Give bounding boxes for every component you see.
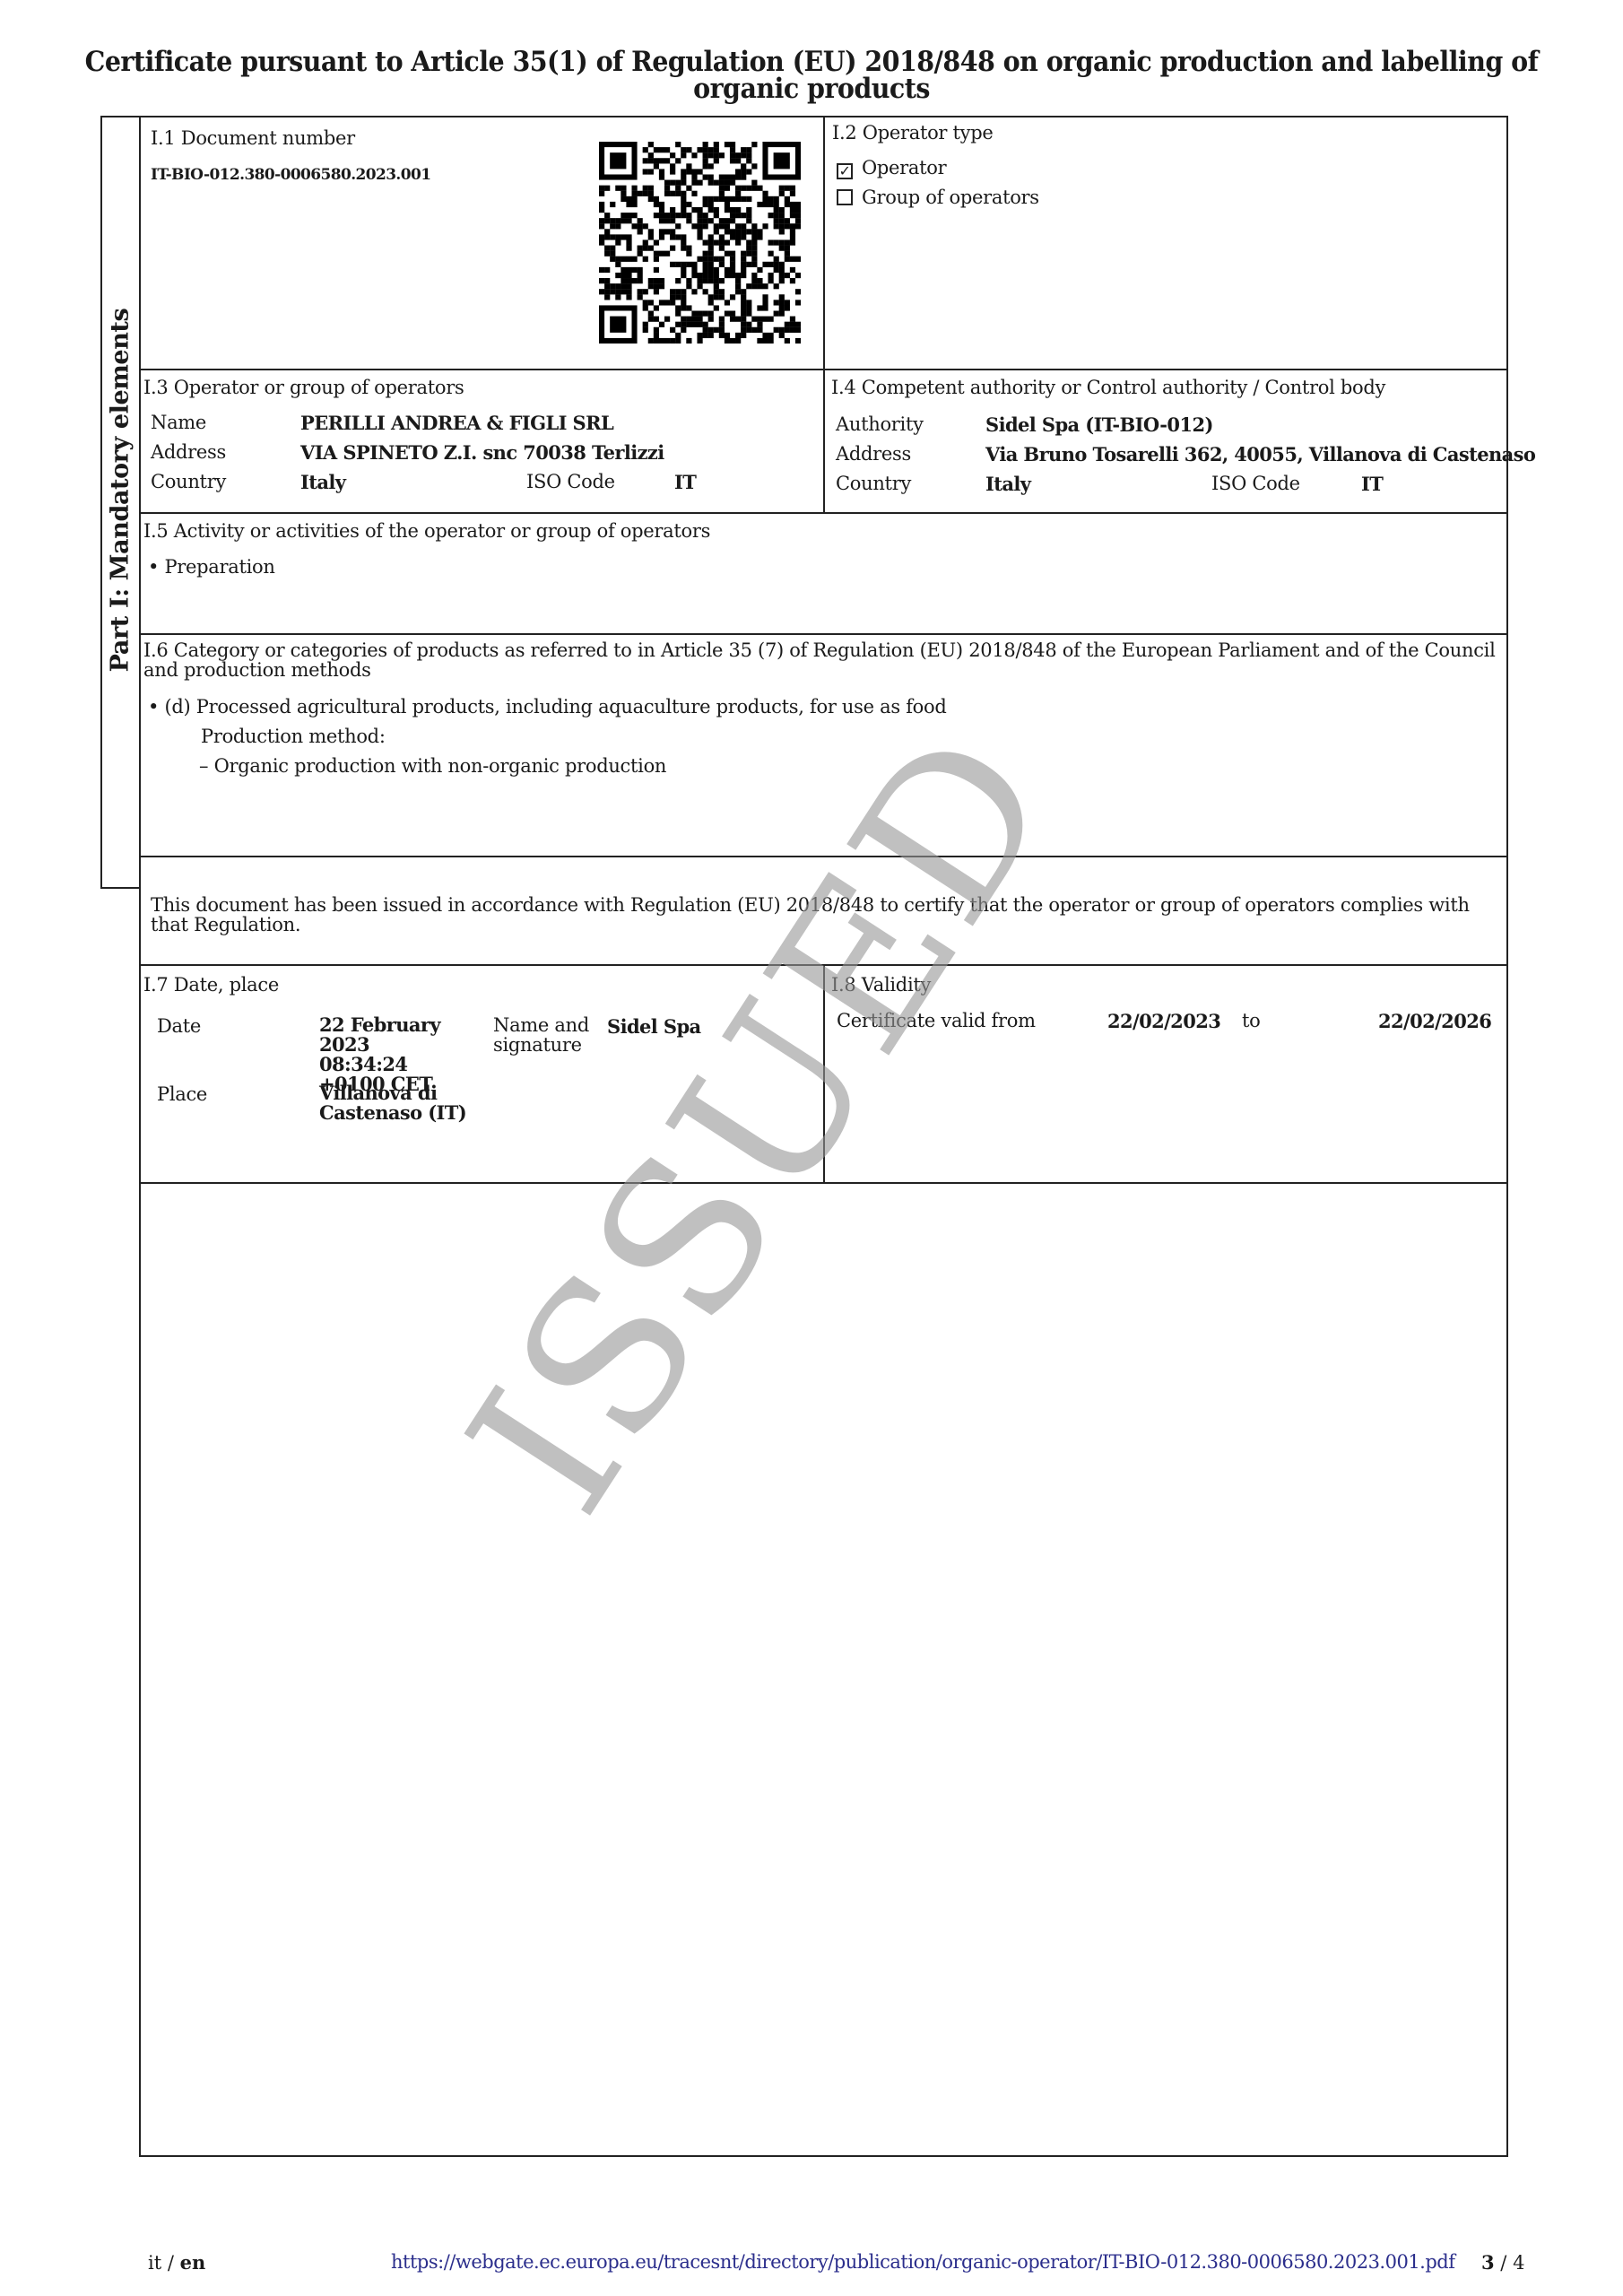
row-divider — [139, 633, 1508, 635]
part-i-label: Part I: Mandatory elements — [107, 123, 135, 858]
compliance-statement: This document has been issued in accorda… — [151, 895, 1496, 935]
page-current: 3 — [1481, 2251, 1495, 2274]
valid-from-label: Certificate valid from — [837, 1010, 1036, 1031]
row-divider — [139, 856, 1508, 857]
section-1-5-heading: I.5 Activity or activities of the operat… — [143, 520, 710, 542]
signature-label: Name and signature — [493, 1015, 601, 1055]
date-label: Date — [157, 1015, 201, 1037]
lang-separator: / — [161, 2252, 179, 2274]
checkbox-unchecked-icon[interactable] — [837, 189, 853, 205]
document-url-link[interactable]: https://webgate.ec.europa.eu/tracesnt/di… — [391, 2251, 1455, 2273]
section-1-7-heading: I.7 Date, place — [143, 974, 279, 996]
production-method: – Organic production with non-organic pr… — [199, 755, 666, 777]
language-switch: it / en — [148, 2251, 205, 2274]
authority-country: Italy — [985, 473, 1030, 495]
signature-name: Sidel Spa — [607, 1015, 701, 1038]
section-1-4-heading: I.4 Competent authority or Control autho… — [831, 377, 1385, 398]
authority-country-label: Country — [836, 473, 911, 494]
valid-to-label: to — [1242, 1010, 1260, 1031]
authority-iso: IT — [1361, 473, 1383, 495]
section-1-8-heading: I.8 Validity — [831, 974, 931, 996]
operator-iso: IT — [674, 471, 696, 493]
operator-country-label: Country — [151, 471, 226, 492]
valid-to-date: 22/02/2026 — [1378, 1010, 1491, 1032]
authority-iso-label: ISO Code — [1211, 473, 1300, 494]
production-method-label: Production method: — [201, 726, 386, 747]
valid-from-date: 22/02/2023 — [1107, 1010, 1220, 1032]
lang-en-link[interactable]: en — [180, 2251, 206, 2274]
operator-type-option-group[interactable]: Group of operators — [837, 187, 1039, 208]
page-separator: / — [1495, 2252, 1513, 2274]
section-1-3-heading: I.3 Operator or group of operators — [143, 377, 464, 398]
document-number: IT-BIO-012.380-0006580.2023.001 — [151, 166, 430, 184]
qr-code-icon — [599, 142, 801, 344]
place-label: Place — [157, 1083, 207, 1105]
authority-address-label: Address — [836, 443, 911, 465]
column-divider — [823, 116, 825, 514]
operator-name-label: Name — [151, 412, 206, 433]
operator-iso-label: ISO Code — [526, 471, 615, 492]
operator-type-option-operator[interactable]: ✓Operator — [837, 157, 946, 179]
lang-it-link[interactable]: it — [148, 2252, 161, 2274]
operator-address-label: Address — [151, 441, 226, 463]
page-indicator: 3 / 4 — [1481, 2251, 1524, 2274]
table-left-border — [139, 116, 141, 2157]
product-category: • (d) Processed agricultural products, i… — [148, 696, 947, 717]
section-1-2-heading: I.2 Operator type — [832, 122, 994, 143]
table-bottom-border — [139, 2155, 1508, 2157]
checkbox-checked-icon[interactable]: ✓ — [837, 163, 853, 179]
operator-country: Italy — [300, 471, 345, 493]
document-title: Certificate pursuant to Article 35(1) of… — [65, 48, 1558, 102]
authority-address: Via Bruno Tosarelli 362, 40055, Villanov… — [985, 443, 1535, 465]
option-label: Group of operators — [862, 187, 1039, 208]
operator-name: PERILLI ANDREA & FIGLI SRL — [300, 412, 613, 434]
table-right-border — [1506, 116, 1508, 2157]
option-label: Operator — [862, 157, 946, 178]
issue-place: Villanova di Castenaso (IT) — [319, 1083, 472, 1123]
activity-item: • Preparation — [148, 556, 275, 578]
operator-address: VIA SPINETO Z.I. snc 70038 Terlizzi — [300, 441, 664, 464]
authority-label: Authority — [836, 413, 924, 435]
part-i-box: Part I: Mandatory elements — [100, 116, 139, 889]
column-divider — [823, 964, 825, 1184]
authority-name: Sidel Spa (IT-BIO-012) — [985, 413, 1213, 436]
page-total: 4 — [1513, 2252, 1524, 2274]
section-1-6-heading: I.6 Category or categories of products a… — [143, 640, 1497, 680]
issued-watermark: ISSUED — [424, 691, 1099, 1552]
section-1-1-heading: I.1 Document number — [151, 127, 355, 149]
